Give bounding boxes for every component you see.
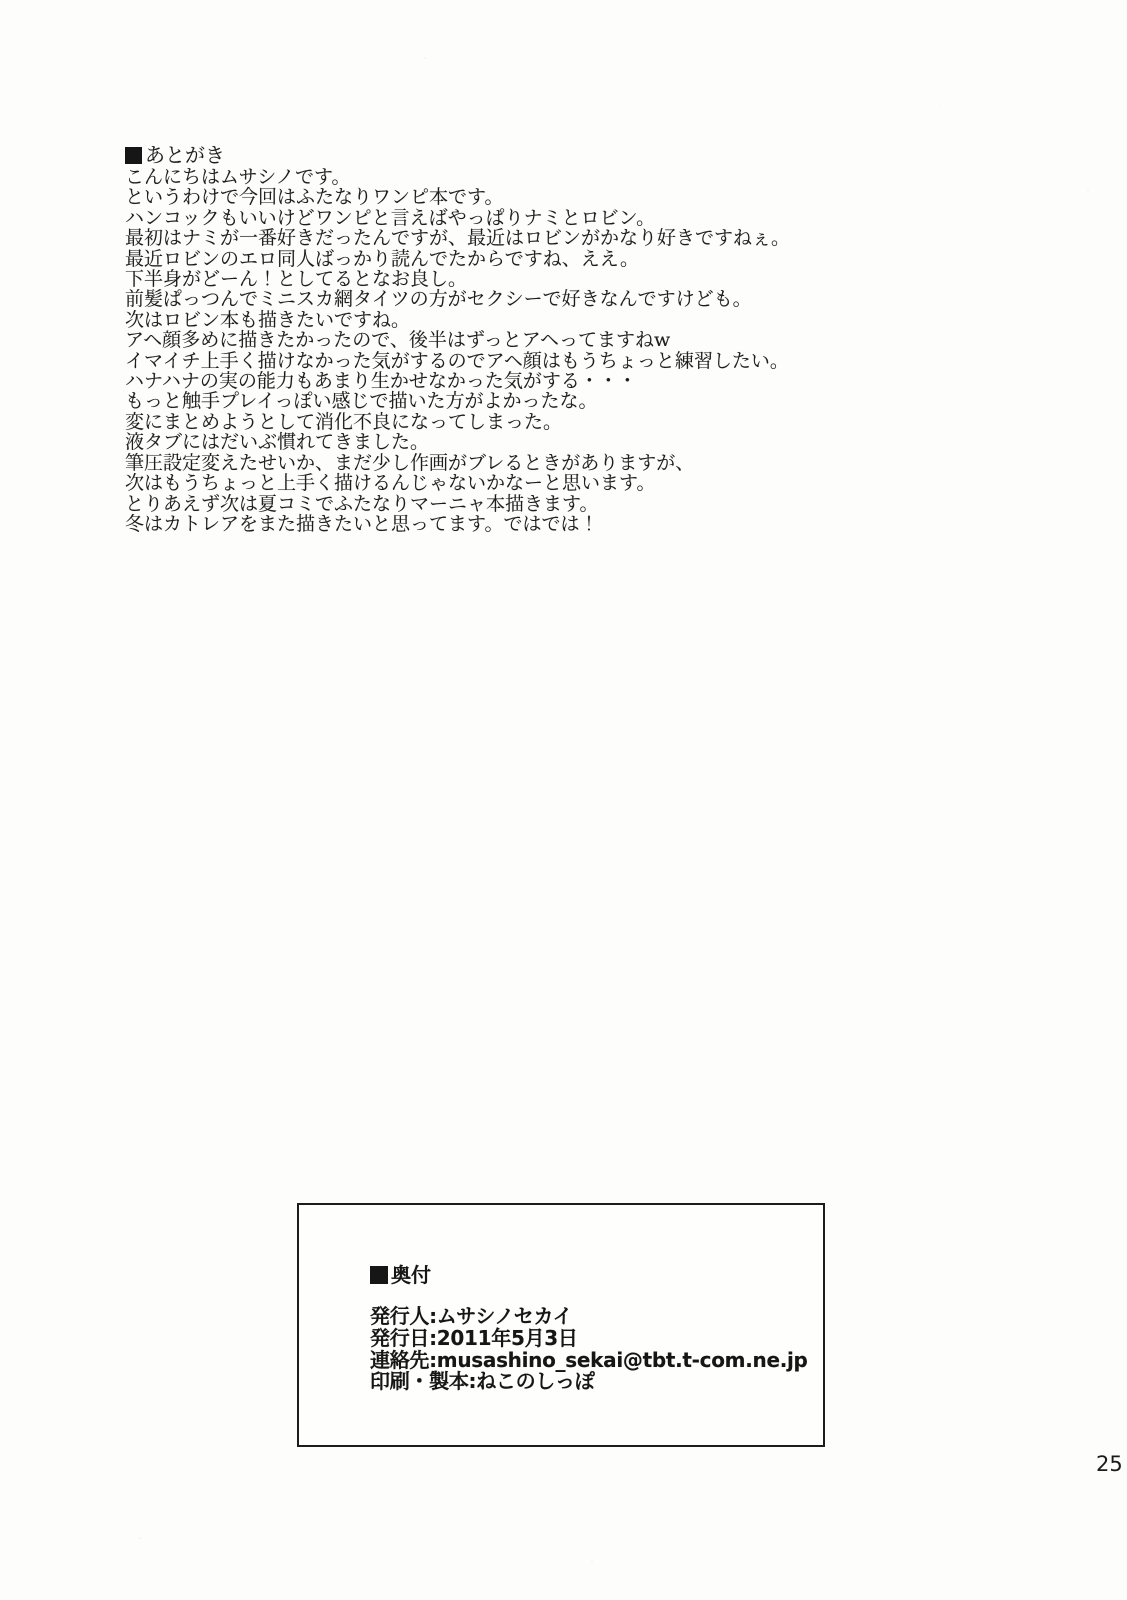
afterword-line: 最初はナミが一番好きだったんですが、最近はロビンがかなり好きですねぇ。 [125, 228, 790, 248]
afterword-line: 前髪ぱっつんでミニスカ網タイツの方がセクシーで好きなんですけども。 [125, 289, 790, 309]
afterword-line: ハンコックもいいけどワンピと言えばやっぱりナミとロビン。 [125, 208, 790, 228]
afterword-paragraph: アヘ顔多めに描きたかったので、後半はずっとアヘってますねw イマイチ上手く描けな… [125, 330, 790, 432]
afterword-line: アヘ顔多めに描きたかったので、後半はずっとアヘってますねw [125, 330, 790, 350]
colophon-publish-date: 発行日:2011年5月3日 [370, 1328, 823, 1350]
colophon-box: 奥付 発行人:ムサシノセカイ 発行日:2011年5月3日 連絡先:musashi… [297, 1203, 825, 1447]
afterword-line: 変にまとめようとして消化不良になってしまった。 [125, 412, 790, 432]
afterword-line: 液タブにはだいぶ慣れてきました。 [125, 432, 790, 452]
colophon-publisher: 発行人:ムサシノセカイ [370, 1306, 823, 1328]
afterword-line: 最近ロビンのエロ同人ばっかり読んでたからですね、ええ。 [125, 249, 790, 269]
afterword-line: 筆圧設定変えたせいか、まだ少し作画がブレるときがありますが、 [125, 453, 790, 473]
colophon-title-text: 奥付 [391, 1263, 431, 1287]
black-square-icon [370, 1266, 388, 1284]
afterword-line: というわけで今回はふたなりワンピ本です。 [125, 187, 790, 207]
afterword-paragraph: こんにちはムサシノです。 というわけで今回はふたなりワンピ本です。 ハンコックも… [125, 167, 790, 330]
afterword-paragraph: とりあえず次は夏コミでふたなりマーニャ本描きます。 冬はカトレアをまた描きたいと… [125, 494, 790, 535]
afterword-line: イマイチ上手く描けなかった気がするのでアヘ顔はもうちょっと練習したい。 [125, 351, 790, 371]
colophon-printer: 印刷・製本:ねこのしっぽ [370, 1371, 823, 1393]
page-number: 25 [1096, 1452, 1123, 1476]
afterword-line: 次はロビン本も描きたいですね。 [125, 310, 790, 330]
scanned-page: あとがき こんにちはムサシノです。 というわけで今回はふたなりワンピ本です。 ハ… [0, 0, 1127, 1600]
afterword-line: ハナハナの実の能力もあまり生かせなかった気がする・・・ [125, 371, 790, 391]
afterword-paragraph: 液タブにはだいぶ慣れてきました。 筆圧設定変えたせいか、まだ少し作画がブレるとき… [125, 432, 790, 493]
afterword-line: とりあえず次は夏コミでふたなりマーニャ本描きます。 [125, 494, 790, 514]
afterword-title-text: あとがき [145, 143, 225, 167]
colophon-lines: 発行人:ムサシノセカイ 発行日:2011年5月3日 連絡先:musashino_… [370, 1306, 823, 1393]
black-square-icon [125, 147, 142, 164]
afterword-line: 冬はカトレアをまた描きたいと思ってます。ではでは！ [125, 514, 790, 534]
afterword-line: こんにちはムサシノです。 [125, 167, 790, 187]
afterword-title: あとがき [125, 143, 790, 167]
colophon-title: 奥付 [370, 1263, 823, 1287]
afterword-line: もっと触手プレイっぽい感じで描いた方がよかったな。 [125, 391, 790, 411]
afterword-line: 下半身がどーん！としてるとなお良し。 [125, 269, 790, 289]
afterword-section: あとがき こんにちはムサシノです。 というわけで今回はふたなりワンピ本です。 ハ… [125, 143, 790, 534]
afterword-line: 次はもうちょっと上手く描けるんじゃないかなーと思います。 [125, 473, 790, 493]
